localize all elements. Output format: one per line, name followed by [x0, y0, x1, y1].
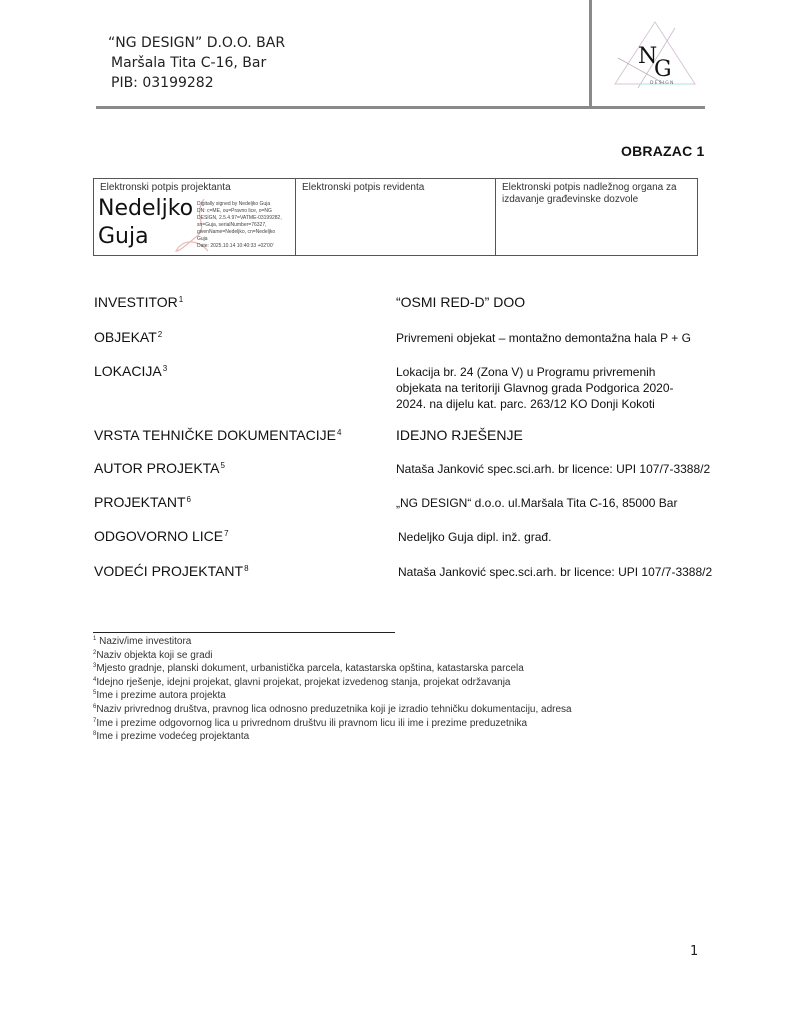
signer-name: Nedeljko Guja	[98, 195, 193, 251]
field-value-projektant: „NG DESIGN“ d.o.o. ul.Maršala Tita C-16,…	[396, 496, 677, 510]
footnote: 6Naziv privrednog društva, pravnog lica …	[93, 702, 572, 716]
page-number: 1	[690, 944, 698, 959]
header-horizontal-divider	[96, 106, 705, 109]
footnote: 3Mjesto gradnje, planski dokument, urban…	[93, 661, 572, 675]
footnote: 8Ime i prezime vodećeg projektanta	[93, 729, 572, 743]
reviewer-signature-cell[interactable]: Elektronski potpis revidenta	[295, 179, 495, 255]
authority-signature-cell[interactable]: Elektronski potpis nadležnog organa za i…	[495, 179, 697, 255]
footnotes: 1 Naziv/ime investitora 2Naziv objekta k…	[93, 634, 572, 743]
header-vertical-divider	[589, 0, 592, 108]
footnote: 2Naziv objekta koji se gradi	[93, 648, 572, 662]
svg-text:DESIGN: DESIGN	[650, 80, 675, 86]
svg-text:G: G	[654, 57, 672, 82]
field-label-investitor: INVESTITOR1	[94, 294, 183, 310]
ng-design-logo-icon: N G DESIGN	[610, 18, 700, 88]
field-label-odgovorno-lice: ODGOVORNO LICE7	[94, 528, 229, 544]
signature-table: Elektronski potpis projektanta Nedeljko …	[93, 178, 698, 256]
designer-signature-label: Elektronski potpis projektanta	[100, 182, 289, 193]
company-pib: PIB: 03199282	[108, 73, 285, 93]
digital-signature-details: Digitally signed by Nedeljko Guja DN: c=…	[197, 201, 289, 250]
field-value-autor-projekta: Nataša Janković spec.sci.arh. br licence…	[396, 462, 710, 476]
field-label-lokacija: LOKACIJA3	[94, 363, 167, 379]
company-name: “NG DESIGN” D.O.O. BAR	[108, 33, 285, 53]
company-address: Maršala Tita C-16, Bar	[108, 53, 285, 73]
field-value-investitor: “OSMI RED-D” DOO	[396, 294, 525, 310]
field-value-lokacija: Lokacija br. 24 (Zona V) u Programu priv…	[396, 364, 716, 412]
footnote: 4Idejno rješenje, idejni projekat, glavn…	[93, 675, 572, 689]
designer-signature-cell[interactable]: Elektronski potpis projektanta Nedeljko …	[94, 179, 295, 255]
field-value-objekat: Privremeni objekat – montažno demontažna…	[396, 331, 691, 345]
authority-signature-label: Elektronski potpis nadležnog organa za i…	[502, 182, 691, 206]
field-label-projektant: PROJEKTANT6	[94, 494, 191, 510]
field-value-odgovorno-lice: Nedeljko Guja dipl. inž. građ.	[398, 530, 551, 544]
field-label-vrsta-dokumentacije: VRSTA TEHNIČKE DOKUMENTACIJE4	[94, 427, 341, 443]
form-title: OBRAZAC 1	[621, 143, 704, 159]
company-info: “NG DESIGN” D.O.O. BAR Maršala Tita C-16…	[108, 33, 285, 93]
footnote: 1 Naziv/ime investitora	[93, 634, 572, 648]
reviewer-signature-label: Elektronski potpis revidenta	[302, 182, 489, 193]
field-label-vodeci-projektant: VODEĆI PROJEKTANT8	[94, 563, 249, 579]
footnote: 7Ime i prezime odgovornog lica u privred…	[93, 716, 572, 730]
field-label-autor-projekta: AUTOR PROJEKTA5	[94, 460, 225, 476]
footnote-separator	[93, 632, 395, 633]
footnote: 5Ime i prezime autora projekta	[93, 688, 572, 702]
field-label-objekat: OBJEKAT2	[94, 329, 162, 345]
field-value-vrsta-dokumentacije: IDEJNO RJEŠENJE	[396, 427, 523, 443]
field-value-vodeci-projektant: Nataša Janković spec.sci.arh. br licence…	[398, 565, 712, 579]
